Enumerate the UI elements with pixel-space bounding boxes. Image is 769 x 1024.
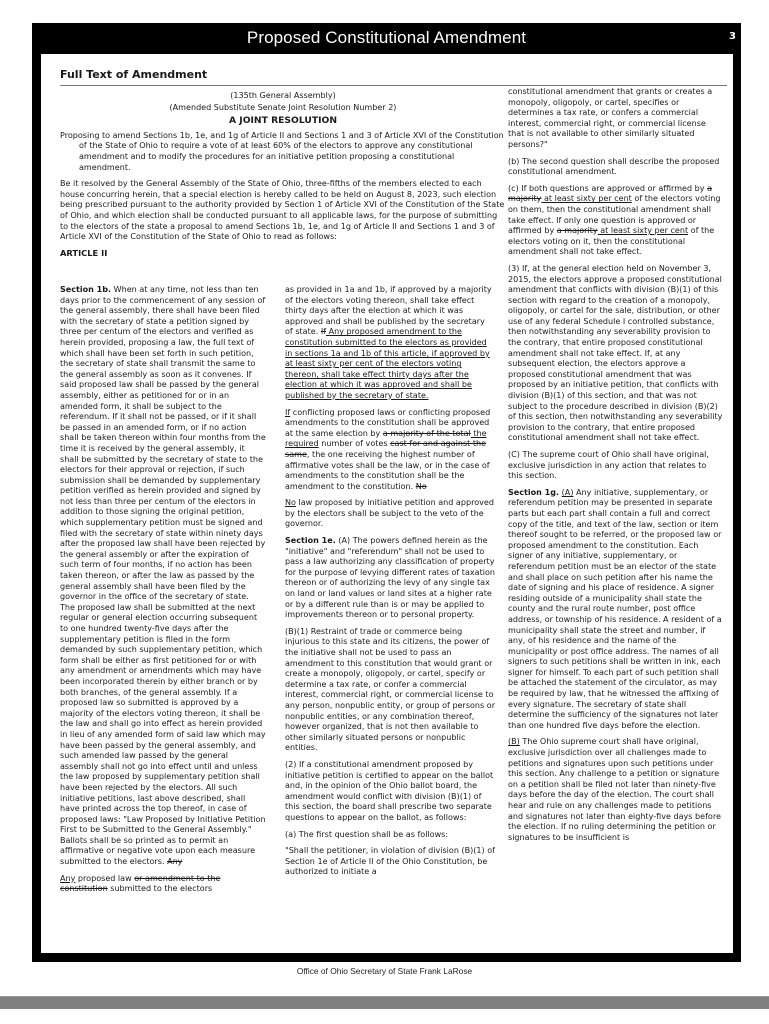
page-frame: Proposed Constitutional Amendment 3 Full…: [32, 23, 741, 962]
text-column-2: as provided in 1a and 1b, if approved by…: [285, 285, 495, 884]
section-1b-paragraph: Section 1b. When at any time, not less t…: [60, 285, 266, 868]
inserted-text: Any: [60, 874, 75, 883]
deleted-text: a majority of the total: [383, 429, 471, 438]
text-column-3: constitutional amendment that grants or …: [508, 87, 723, 849]
assembly-label: (135th General Assembly): [60, 91, 506, 102]
paragraph: (2) If a constitutional amendment propos…: [285, 760, 495, 824]
page-number: 3: [729, 31, 736, 42]
inserted-text: at least sixty per cent: [541, 194, 631, 203]
section-1g-label: Section 1g.: [508, 488, 559, 497]
viewer-bottom-bar: [0, 996, 769, 1009]
inserted-text: (A): [562, 488, 574, 497]
text-column-1: Section 1b. When at any time, not less t…: [60, 285, 266, 901]
resolution-number: (Amended Substitute Senate Joint Resolut…: [60, 103, 506, 114]
paragraph: (c) If both questions are approved or af…: [508, 184, 723, 258]
paragraph: (3) If, at the general election held on …: [508, 264, 723, 444]
paragraph: (b) The second question shall describe t…: [508, 157, 723, 178]
paragraph: (C) The supreme court of Ohio shall have…: [508, 450, 723, 482]
page-footer: Office of Ohio Secretary of State Frank …: [0, 966, 769, 976]
paragraph: as provided in 1a and 1b, if approved by…: [285, 285, 495, 402]
article-heading: ARTICLE II: [60, 248, 506, 259]
deleted-text: a majority: [557, 226, 598, 235]
paragraph: constitutional amendment that grants or …: [508, 87, 723, 151]
deleted-text: Any: [167, 857, 182, 866]
section-1e-label: Section 1e.: [285, 536, 336, 545]
section-heading: Full Text of Amendment: [60, 68, 727, 86]
paragraph: No law proposed by initiative petition a…: [285, 498, 495, 530]
resolution-intro: (135th General Assembly) (Amended Substi…: [60, 91, 506, 258]
inserted-text: Any proposed amendment to the constituti…: [285, 327, 490, 400]
paragraph: If conflicting proposed laws or conflict…: [285, 408, 495, 493]
resolved-paragraph: Be it resolved by the General Assembly o…: [60, 179, 506, 243]
inserted-text: (B): [508, 737, 520, 746]
paragraph: (a) The first question shall be as follo…: [285, 830, 495, 841]
proposing-paragraph: Proposing to amend Sections 1b, 1e, and …: [60, 131, 506, 173]
resolution-title: A JOINT RESOLUTION: [60, 116, 506, 127]
page-header-title: Proposed Constitutional Amendment: [32, 28, 741, 48]
section-1e-paragraph: Section 1e. (A) The powers defined herei…: [285, 536, 495, 621]
section-1b-label: Section 1b.: [60, 285, 111, 294]
paragraph: Any proposed law or amendment to the con…: [60, 874, 266, 895]
inserted-text: at least sixty per cent: [598, 226, 688, 235]
paragraph: (B) The Ohio supreme court shall have or…: [508, 737, 723, 843]
paragraph: "Shall the petitioner, in violation of d…: [285, 846, 495, 878]
content-panel: Full Text of Amendment (135th General As…: [41, 54, 733, 953]
paragraph: (B)(1) Restraint of trade or commerce be…: [285, 627, 495, 754]
inserted-text: No: [285, 498, 296, 507]
deleted-text: No: [416, 482, 427, 491]
section-1g-paragraph: Section 1g. (A) Any initiative, suppleme…: [508, 488, 723, 732]
